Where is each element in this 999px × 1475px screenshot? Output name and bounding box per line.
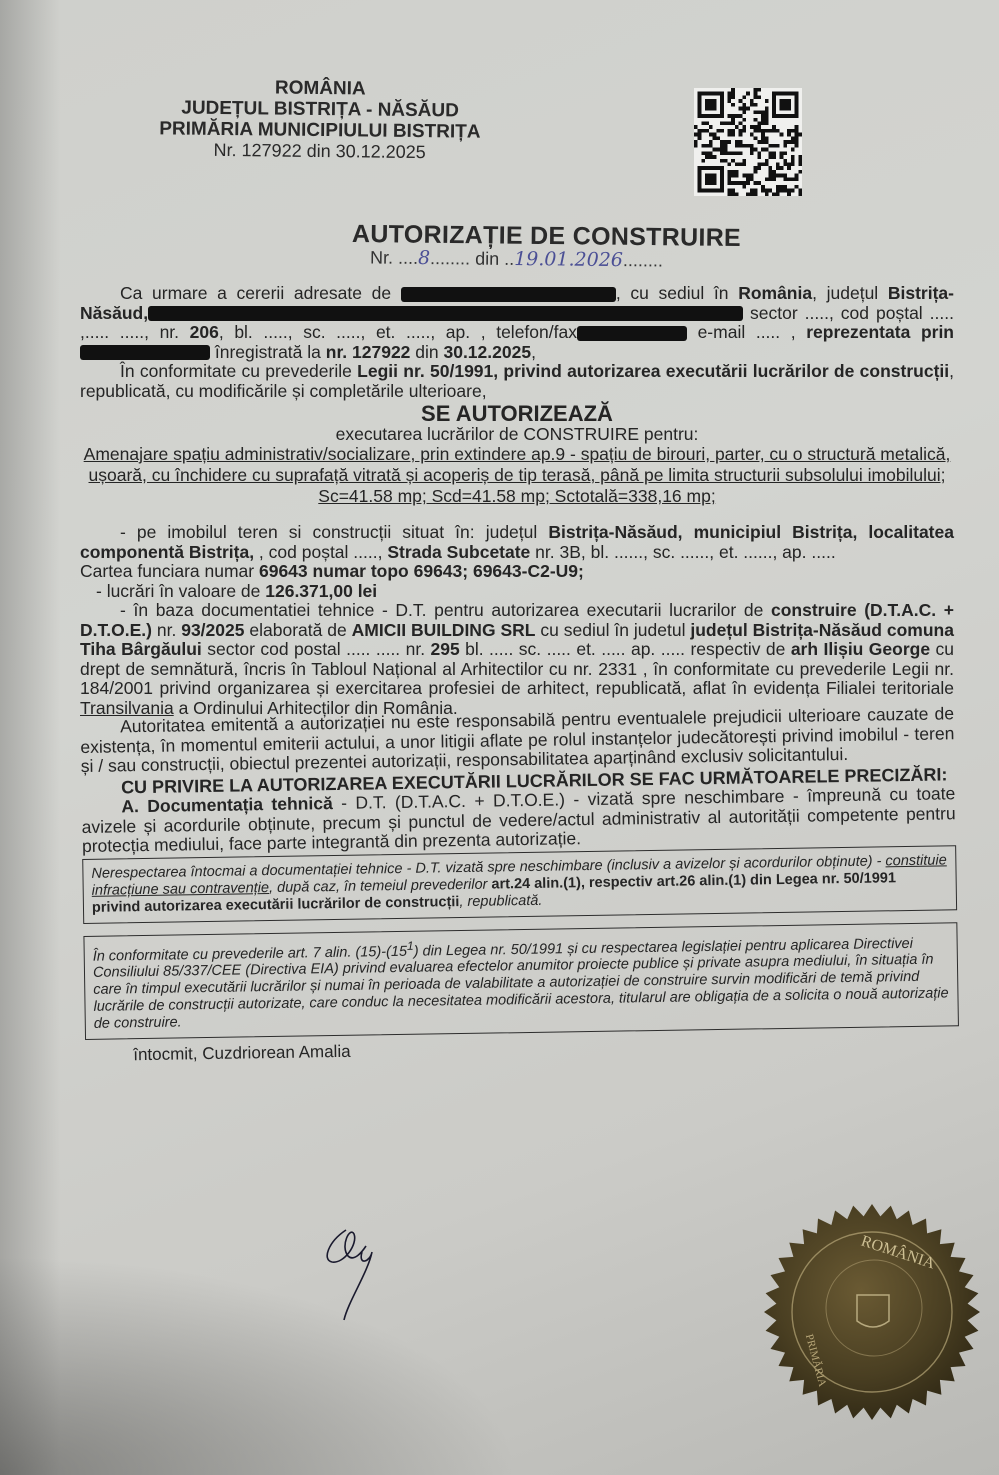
- page-shadow-left: [0, 0, 60, 1475]
- architect-branch: Transilvania: [80, 698, 174, 718]
- applicant-country: România: [738, 283, 812, 303]
- applicant-text: din: [410, 342, 443, 362]
- din-label: din ..: [470, 249, 514, 269]
- header-institution: PRIMĂRIA MUNICIPIULUI BISTRIȚA: [130, 118, 510, 143]
- request-date: 30.12.2025: [443, 342, 531, 362]
- page-shadow-bottom: [0, 1255, 520, 1475]
- property-paragraph: - pe imobilul teren si construcții situa…: [80, 523, 954, 562]
- authorization-heading: SE AUTORIZEAZĂ: [80, 404, 954, 424]
- authorization-number-line: Nr. ....8........ din ..19.01.2026......…: [370, 246, 663, 271]
- designer-street-nr: 295: [431, 639, 460, 659]
- applicant-by: prin: [921, 322, 954, 342]
- notice-box-eia: În conformitate cu prevederile art. 7 al…: [83, 922, 959, 1041]
- technical-doc-paragraph: - în baza documentatiei tehnice - D.T. p…: [80, 601, 954, 718]
- property-text: , cod poștal .....,: [254, 542, 387, 562]
- applicant-street-nr: 206: [190, 322, 219, 342]
- applicant-text: sector ....., cod poștal: [743, 303, 923, 323]
- property-text: nr. 3B, bl. ......, sc. ......, et. ....…: [530, 542, 835, 562]
- applicant-text: e-mail ..... ,: [687, 322, 806, 342]
- document-page: ROMÂNIA JUDEȚUL BISTRIȚA - NĂSĂUD PRIMĂR…: [0, 0, 999, 1475]
- nr-label: Nr. ....: [370, 247, 418, 268]
- property-street: Strada Subcetate: [387, 542, 530, 562]
- redacted-name: [401, 287, 616, 302]
- redacted-phone: [577, 326, 687, 341]
- applicant-county: Bistrița-: [888, 283, 954, 303]
- authorized-works-description: Amenajare spațiu administrativ/socializa…: [80, 444, 954, 507]
- property-text: - pe imobilul teren si construcții situa…: [120, 522, 548, 542]
- document-body: Ca urmare a cererii adresate de , cu sed…: [80, 284, 954, 1066]
- applicant-paragraph: Ca urmare a cererii adresate de , cu sed…: [80, 284, 954, 362]
- nr-handwritten: 8: [418, 247, 430, 269]
- lower-section: Autoritatea emitentă a autorizației nu e…: [80, 704, 959, 1066]
- law-reference: Legii nr. 50/1991, privind autorizarea e…: [357, 361, 949, 381]
- header-registration: Nr. 127922 din 30.12.2025: [130, 139, 510, 164]
- applicant-text: înregistrată la: [210, 342, 326, 362]
- gold-seal-icon: ROMÂNIA PRIMĂRIA: [762, 1200, 982, 1425]
- applicant-text: , județul: [812, 283, 888, 303]
- date-dots: ........: [623, 250, 663, 270]
- tech-text: sector cod postal ..... ..... nr.: [202, 639, 431, 659]
- tech-text: bl. ..... sc. ..... et. ..... ap. ..... …: [460, 639, 791, 659]
- tech-text: - în baza documentatiei tehnice - D.T. p…: [120, 600, 771, 620]
- works-value-label: - lucrări în valoare de: [96, 581, 265, 601]
- land-registry-line: Cartea funciara numar 69643 numar topo 6…: [80, 562, 954, 582]
- applicant-text: , bl. ....., sc. ....., et. ....., ap. ,…: [219, 322, 577, 342]
- redacted-representative: [80, 345, 210, 360]
- tech-text: nr.: [152, 620, 181, 640]
- applicant-text: ,: [531, 342, 536, 362]
- legal-basis-paragraph: În conformitate cu prevederile Legii nr.…: [80, 362, 954, 401]
- nr-dots: ........: [430, 248, 470, 268]
- works-value-amount: 126.371,00 lei: [265, 581, 377, 601]
- land-registry-number: 69643 numar topo 69643; 69643-C2-U9;: [259, 561, 584, 581]
- tech-text: cu sediul în judetul: [535, 620, 690, 640]
- tech-text: elaborată de: [244, 620, 351, 640]
- land-registry-label: Cartea funciara numar: [80, 561, 259, 581]
- applicant-text: , cu sediul în: [616, 283, 738, 303]
- applicant-text: Ca urmare a cererii adresate de: [120, 283, 391, 303]
- box1-text: , republicată.: [459, 892, 542, 909]
- legal-text: În conformitate cu prevederile: [120, 361, 357, 381]
- signature-icon: [318, 1222, 388, 1322]
- works-value-line: - lucrări în valoare de 126.371,00 lei: [80, 582, 954, 602]
- designer-company: AMICII BUILDING SRL: [352, 620, 536, 640]
- date-handwritten: 19.01.2026: [514, 248, 623, 271]
- applicant-represented: reprezentata: [806, 322, 910, 342]
- precizari-a: A. Documentația tehnică - D.T. (D.T.A.C.…: [81, 784, 956, 856]
- architect-name: arh Ilișiu George: [791, 639, 930, 659]
- applicant-county-cont: Năsăud,: [80, 303, 148, 323]
- request-number: nr. 127922: [326, 342, 411, 362]
- qr-code-icon: [694, 88, 802, 196]
- issuer-header: ROMÂNIA JUDEȚUL BISTRIȚA - NĂSĂUD PRIMĂR…: [130, 76, 511, 164]
- authorization-subheading: executarea lucrărilor de CONSTRUIRE pent…: [80, 425, 954, 445]
- tech-doc-number: 93/2025: [181, 620, 244, 640]
- designer-county: județul Bistrița-Năsăud: [690, 620, 882, 640]
- notice-box-nonconformity: Nerespectarea întocmai a documentației t…: [82, 845, 957, 924]
- redacted-address: [148, 306, 743, 321]
